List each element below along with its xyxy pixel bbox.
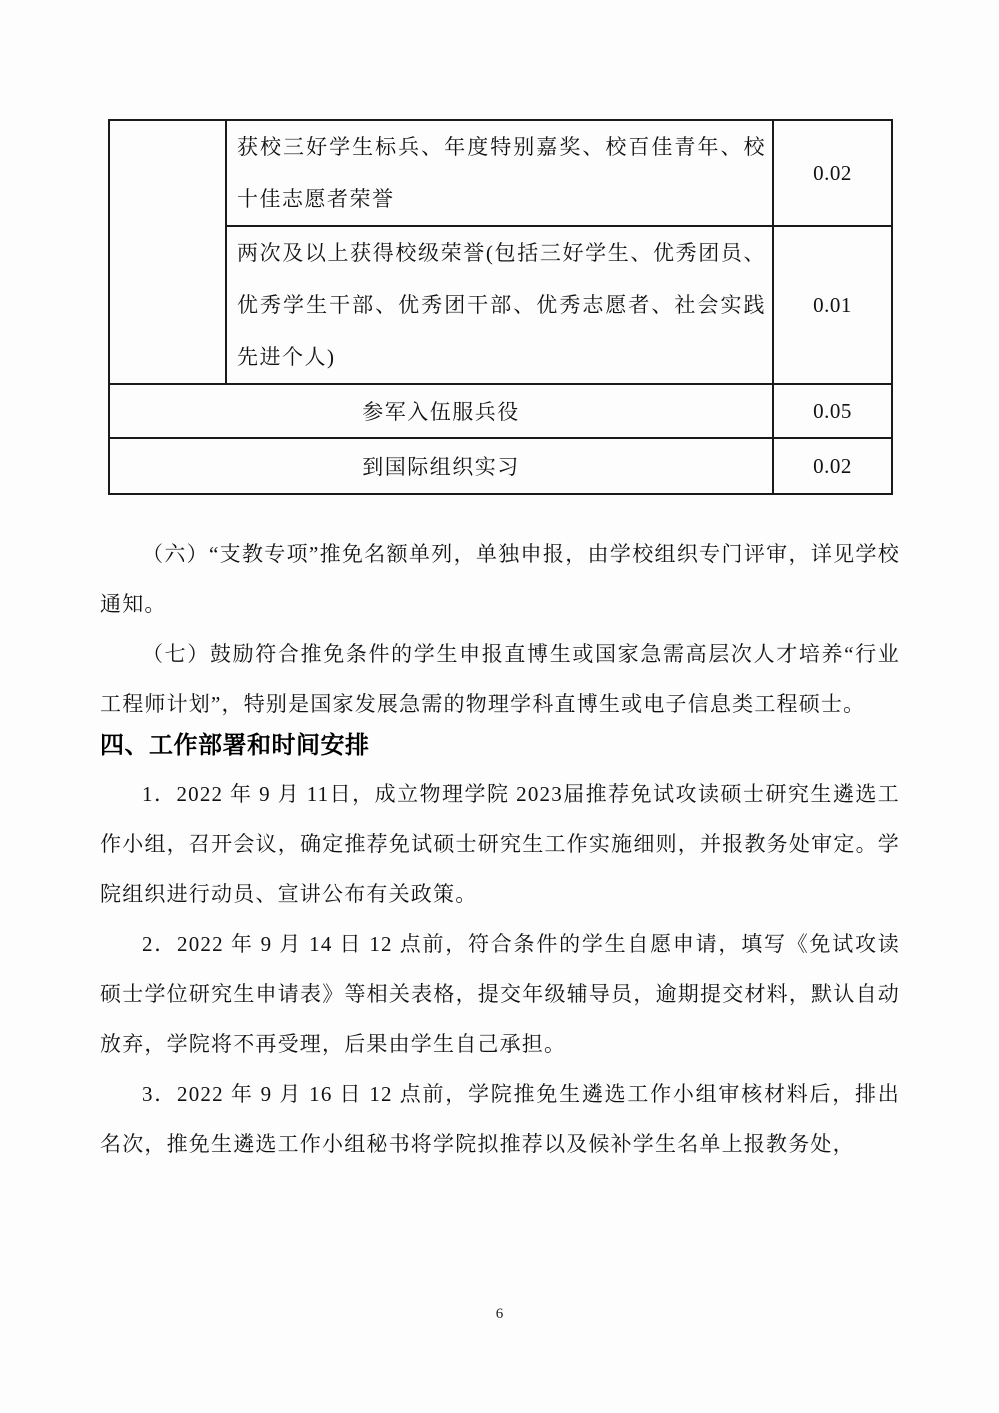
table-cell-criteria-merged: 到国际组织实习 xyxy=(109,438,773,494)
table-cell-score: 0.02 xyxy=(773,120,892,226)
schedule-step-3: 3．2022 年 9 月 16 日 12 点前，学院推免生遴选工作小组审核材料后… xyxy=(100,1069,900,1169)
schedule-step-1: 1．2022 年 9 月 11日，成立物理学院 2023届推荐免试攻读硕士研究生… xyxy=(100,769,900,919)
section-heading: 四、工作部署和时间安排 xyxy=(100,723,900,769)
table-cell-score: 0.02 xyxy=(773,438,892,494)
table-row: 获校三好学生标兵、年度特别嘉奖、校百佳青年、校十佳志愿者荣誉 0.02 xyxy=(109,120,892,226)
schedule-step-2: 2．2022 年 9 月 14 日 12 点前，符合条件的学生自愿申请，填写《免… xyxy=(100,919,900,1069)
table-cell-criteria: 获校三好学生标兵、年度特别嘉奖、校百佳青年、校十佳志愿者荣誉 xyxy=(226,120,773,226)
document-page: 获校三好学生标兵、年度特别嘉奖、校百佳青年、校十佳志愿者荣誉 0.02 两次及以… xyxy=(0,0,999,1413)
table-cell-score: 0.01 xyxy=(773,226,892,384)
table-row: 到国际组织实习 0.02 xyxy=(109,438,892,494)
table-row: 两次及以上获得校级荣誉(包括三好学生、优秀团员、优秀学生干部、优秀团干部、优秀志… xyxy=(109,226,892,384)
bonus-score-table: 获校三好学生标兵、年度特别嘉奖、校百佳青年、校十佳志愿者荣誉 0.02 两次及以… xyxy=(108,119,893,495)
table-cell-criteria-merged: 参军入伍服兵役 xyxy=(109,384,773,438)
body-text: （六）“支教专项”推免名额单列，单独申报，由学校组织专门评审，详见学校通知。 （… xyxy=(100,529,900,1169)
paragraph-item-7: （七）鼓励符合推免条件的学生申报直博生或国家急需高层次人才培养“行业工程师计划”… xyxy=(100,629,900,729)
paragraph-item-6: （六）“支教专项”推免名额单列，单独申报，由学校组织专门评审，详见学校通知。 xyxy=(100,529,900,629)
table-cell-empty-category xyxy=(109,120,226,384)
table-cell-criteria: 两次及以上获得校级荣誉(包括三好学生、优秀团员、优秀学生干部、优秀团干部、优秀志… xyxy=(226,226,773,384)
table-cell-score: 0.05 xyxy=(773,384,892,438)
table-row: 参军入伍服兵役 0.05 xyxy=(109,384,892,438)
page-number: 6 xyxy=(0,1306,999,1323)
